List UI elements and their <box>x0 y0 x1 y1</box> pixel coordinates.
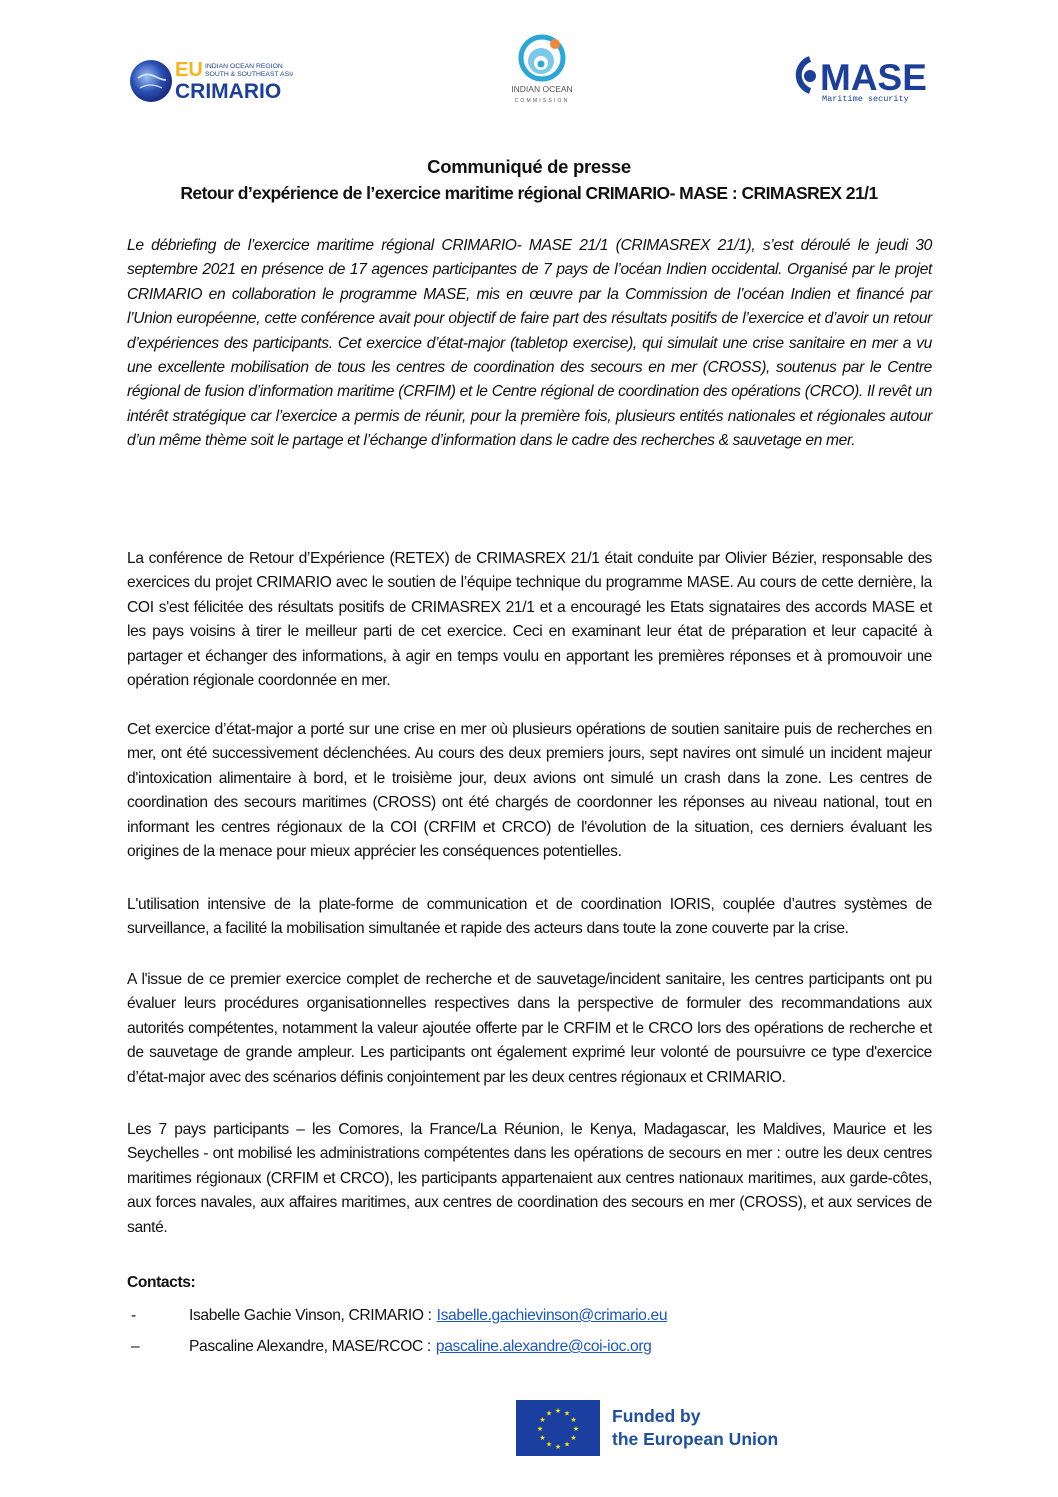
indian-ocean-commission-logo: INDIAN OCEAN COMMISSION <box>492 32 592 108</box>
eu-funding-badge: ★ ★ ★ ★ ★ ★ ★ ★ ★ ★ ★ ★ Funded by the Eu… <box>516 1400 778 1456</box>
page-title: Communiqué de presse <box>100 154 958 180</box>
svg-text:★: ★ <box>570 1434 576 1442</box>
svg-text:★: ★ <box>546 1410 552 1418</box>
svg-text:★: ★ <box>539 1434 545 1442</box>
mase-logo: MASE Maritime security <box>792 55 937 105</box>
svg-text:MASE: MASE <box>820 57 927 98</box>
paragraph: L'utilisation intensive de la plate-form… <box>127 893 932 942</box>
paragraph: A l'issue de ce premier exercice complet… <box>127 968 932 1090</box>
document-titles: Communiqué de presse Retour d’expérience… <box>100 154 958 206</box>
paragraph: Cet exercice d’état-major a porté sur un… <box>127 718 932 864</box>
contact-label: Isabelle Gachie Vinson, CRIMARIO : <box>189 1307 432 1325</box>
globe-icon <box>130 60 172 102</box>
contact-email-link[interactable]: Isabelle.gachievinson@crimario.eu <box>437 1307 668 1325</box>
svg-text:EU: EU <box>175 59 203 81</box>
svg-text:★: ★ <box>570 1416 576 1424</box>
svg-text:Maritime security: Maritime security <box>822 94 909 104</box>
paragraph: Les 7 pays participants – les Comores, l… <box>127 1118 932 1240</box>
svg-text:INDIAN OCEAN REGION: INDIAN OCEAN REGION <box>205 63 283 70</box>
svg-text:★: ★ <box>564 1410 570 1418</box>
eu-funding-text: Funded by the European Union <box>612 1405 778 1451</box>
svg-text:★: ★ <box>564 1441 570 1449</box>
intro-paragraph: Le débriefing de l’exercice maritime rég… <box>127 234 932 454</box>
svg-text:★: ★ <box>573 1425 579 1433</box>
svg-text:INDIAN OCEAN: INDIAN OCEAN <box>511 84 572 94</box>
contact-item: – Pascaline Alexandre, MASE/RCOC : pasca… <box>127 1338 652 1356</box>
svg-text:★: ★ <box>539 1416 545 1424</box>
contact-item: - Isabelle Gachie Vinson, CRIMARIO : Isa… <box>127 1307 667 1325</box>
svg-text:COMMISSION: COMMISSION <box>515 98 570 104</box>
svg-text:SOUTH & SOUTHEAST ASIA: SOUTH & SOUTHEAST ASIA <box>205 71 293 78</box>
svg-text:★: ★ <box>546 1441 552 1449</box>
bullet-dash: – <box>127 1338 189 1356</box>
eu-crimario-logo: EU INDIAN OCEAN REGION SOUTH & SOUTHEAST… <box>128 58 293 104</box>
eu-funding-line1: Funded by <box>612 1405 778 1428</box>
eu-flag-icon: ★ ★ ★ ★ ★ ★ ★ ★ ★ ★ ★ ★ <box>516 1400 600 1456</box>
bullet-dash: - <box>127 1307 189 1325</box>
paragraph: La conférence de Retour d’Expérience (RE… <box>127 547 932 693</box>
eu-funding-line2: the European Union <box>612 1428 778 1451</box>
page-subtitle: Retour d’expérience de l’exercice mariti… <box>100 180 958 206</box>
svg-text:★: ★ <box>555 1407 561 1415</box>
contact-label: Pascaline Alexandre, MASE/RCOC : <box>189 1338 431 1356</box>
orange-dot-icon <box>550 39 560 49</box>
svg-text:CRIMARIO: CRIMARIO <box>175 80 281 103</box>
contacts-heading: Contacts: <box>127 1274 195 1292</box>
svg-text:★: ★ <box>537 1425 543 1433</box>
contact-email-link[interactable]: pascaline.alexandre@coi-ioc.org <box>436 1338 652 1356</box>
svg-text:★: ★ <box>555 1443 561 1451</box>
